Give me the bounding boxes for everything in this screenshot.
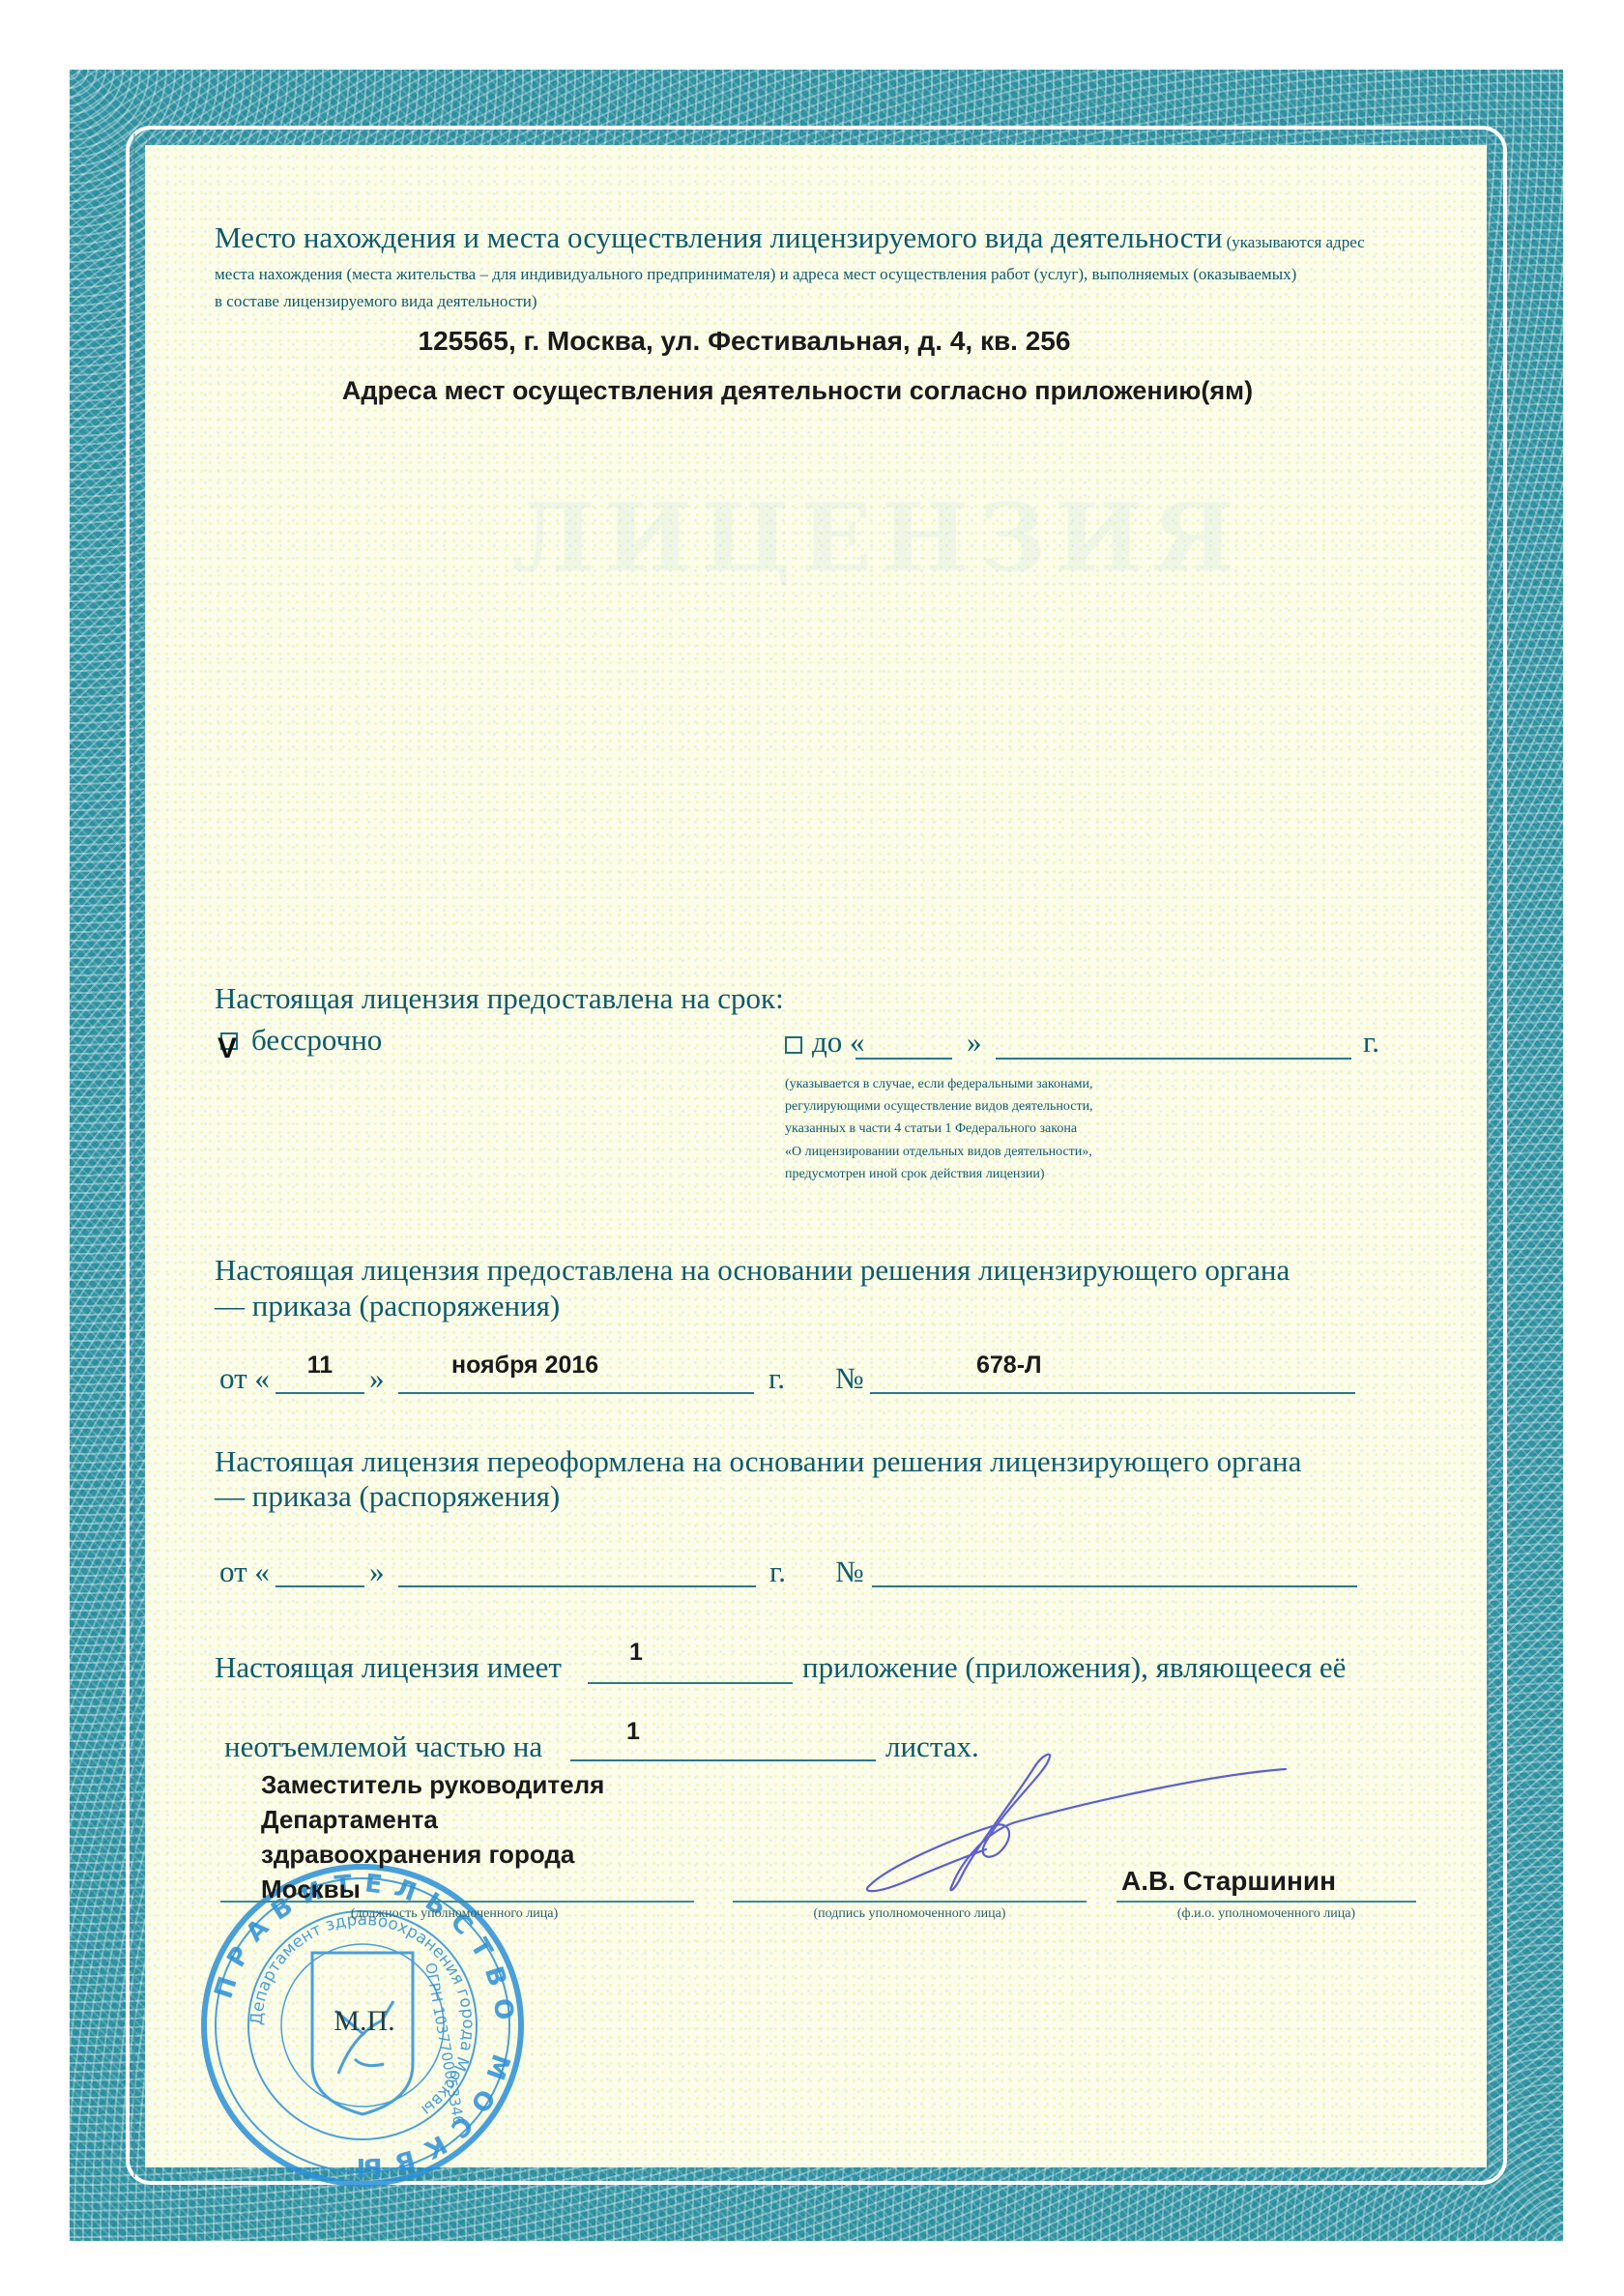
signatory-position-line-2: Департамента xyxy=(261,1802,604,1837)
signatory-name: А.В. Старшинин xyxy=(1121,1866,1336,1897)
appendices-line-2-prefix: неотъемлемой частью на xyxy=(224,1729,542,1764)
granted-basis-line-1: Настоящая лицензия предоставлена на осно… xyxy=(215,1253,1290,1288)
reissued-year-suffix: г. xyxy=(769,1555,786,1589)
checkbox-until-date[interactable] xyxy=(785,1036,802,1054)
signature-caption: (подпись уполномоченного лица) xyxy=(733,1906,1087,1922)
term-note-1: (указывается в случае, если федеральными… xyxy=(785,1077,1093,1092)
reissued-basis-line-1: Настоящая лицензия переоформлена на осно… xyxy=(215,1444,1301,1479)
signatory-position-line-1: Заместитель руководителя xyxy=(261,1767,604,1802)
background-watermark: ЛИЦЕНЗИЯ xyxy=(512,483,1141,580)
location-title-block: Место нахождения и места осуществления л… xyxy=(215,220,1365,255)
appendices-sheets-value: 1 xyxy=(570,1718,696,1746)
granted-day-field[interactable] xyxy=(275,1392,364,1394)
appendices-count-field[interactable] xyxy=(588,1682,793,1684)
activity-places: Адреса мест осуществления деятельности с… xyxy=(0,376,1624,406)
term-note-5: предусмотрен иной срок действия лицензии… xyxy=(785,1167,1045,1182)
until-day-field[interactable] xyxy=(855,1058,952,1060)
granted-number-label: № xyxy=(835,1361,864,1396)
reissued-from-mid: » xyxy=(369,1555,385,1589)
location-title: Место нахождения и места осуществления л… xyxy=(215,220,1223,254)
until-month-year-field[interactable] xyxy=(996,1058,1351,1060)
reissued-number-label: № xyxy=(835,1555,864,1589)
granted-number-value: 678-Л xyxy=(870,1351,1355,1380)
term-unlimited-label: бессрочно xyxy=(251,1023,382,1058)
term-note-2: регулирующими осуществление видов деятел… xyxy=(785,1099,1093,1115)
stamp-mp-label: М.П. xyxy=(333,2005,394,2037)
granted-day-value: 11 xyxy=(275,1351,364,1380)
location-note-line-2: места нахождения (места жительства – для… xyxy=(215,265,1296,284)
appendices-sheets-field[interactable] xyxy=(570,1759,876,1761)
until-mid: » xyxy=(967,1025,982,1060)
reissued-number-field[interactable] xyxy=(872,1585,1357,1587)
location-note-line-3: в составе лицензируемого вида деятельнос… xyxy=(215,292,537,311)
main-address: 125565, г. Москва, ул. Фестивальная, д. … xyxy=(0,326,1624,357)
until-year-suffix: г. xyxy=(1363,1025,1379,1060)
reissued-day-field[interactable] xyxy=(275,1585,364,1587)
granted-basis-line-2: — приказа (распоряжения) xyxy=(215,1289,560,1323)
check-mark-icon: V xyxy=(217,1032,237,1065)
reissued-month-year-field[interactable] xyxy=(398,1585,756,1587)
position-signature-line xyxy=(220,1901,694,1903)
reissued-from-prefix: от « xyxy=(219,1555,270,1589)
position-caption: (должность уполномоченного лица) xyxy=(271,1906,638,1922)
term-note-4: «О лицензировании отдельных видов деятел… xyxy=(785,1145,1092,1160)
appendices-line-1-suffix: приложение (приложения), являющееся её xyxy=(802,1650,1346,1685)
until-prefix: до « xyxy=(812,1025,865,1060)
granted-from-mid: » xyxy=(369,1361,385,1396)
location-title-note: (указываются адрес xyxy=(1227,233,1365,251)
granted-from-prefix: от « xyxy=(219,1361,270,1396)
signatory-position-line-3: здравоохранения города xyxy=(261,1837,604,1872)
name-signature-line xyxy=(1116,1901,1416,1903)
name-caption: (ф.и.о. уполномоченного лица) xyxy=(1116,1906,1416,1922)
granted-month-year-field[interactable] xyxy=(398,1392,754,1394)
appendices-line-1-prefix: Настоящая лицензия имеет xyxy=(215,1650,562,1685)
term-label: Настоящая лицензия предоставлена на срок… xyxy=(215,981,784,1016)
term-note-3: указанных в части 4 статьи 1 Федеральног… xyxy=(785,1121,1077,1137)
granted-month-year-value: ноября 2016 xyxy=(398,1351,754,1380)
reissued-basis-line-2: — приказа (распоряжения) xyxy=(215,1479,560,1514)
signatory-position: Заместитель руководителя Департамента зд… xyxy=(261,1767,604,1906)
granted-year-suffix: г. xyxy=(768,1361,785,1396)
appendices-count-value: 1 xyxy=(588,1639,684,1667)
granted-number-field[interactable] xyxy=(870,1392,1355,1394)
